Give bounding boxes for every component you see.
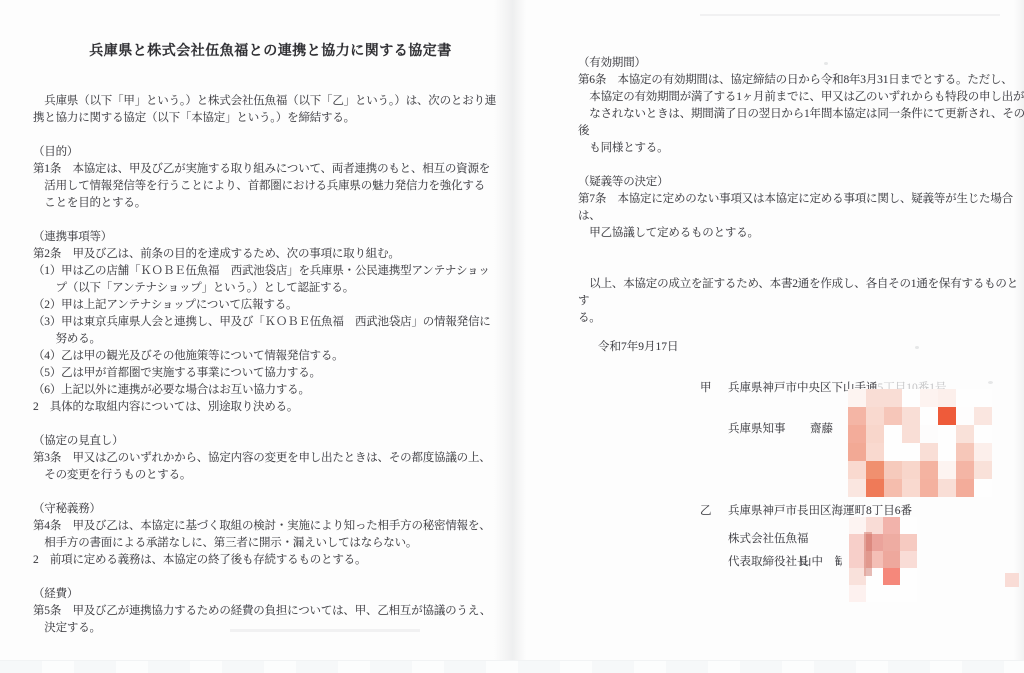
redaction-pixel	[848, 425, 866, 443]
text-line: 第2条 甲及び乙は、前条の目的を達成するため、次の事項に取り組む。	[33, 246, 511, 263]
text-line: その変更を行うものとする。	[33, 467, 511, 484]
redaction-pixel	[938, 461, 956, 479]
redaction-pixel	[848, 407, 866, 425]
text-line: （目的）	[33, 144, 511, 161]
redaction-pixel	[900, 551, 917, 568]
redaction-pixel	[902, 425, 920, 443]
text-line: 以上、本協定の成立を証するため、本書2通を作成し、各自その1通を保有するものとす	[578, 276, 1024, 310]
party-otsu-name-partial-char: 勧	[835, 553, 842, 569]
redaction-pixel	[974, 461, 992, 479]
text-line: 相手方の書面による承諾なしに、第三者に開示・漏えいしてはならない。	[33, 535, 511, 552]
party-kou-name: 齋藤	[810, 420, 833, 436]
redaction-pixel	[938, 425, 956, 443]
contract-date: 令和7年9月17日	[598, 338, 679, 354]
text-line: （守秘義務）	[33, 501, 511, 518]
redaction-pixel	[920, 389, 938, 407]
party-otsu-label: 乙	[700, 502, 712, 518]
scan-speck	[915, 346, 919, 349]
redaction-pixel	[920, 443, 938, 461]
redaction-pixel	[884, 407, 902, 425]
text-line: （協定の見直し）	[33, 433, 511, 450]
redaction-pixel	[849, 585, 866, 602]
redaction-pixel	[956, 461, 974, 479]
redaction-pixel	[848, 461, 866, 479]
redaction-pixel	[883, 585, 900, 602]
text-line: （2）甲は上記アンテナショップについて広報する。	[33, 297, 511, 314]
redaction-pixel	[902, 443, 920, 461]
party-otsu-address: 兵庫県神戸市長田区海運町8丁目6番	[728, 502, 912, 518]
text-line: 甲乙協議して定めるものとする。	[578, 225, 1024, 242]
text-line: プ（以下「アンテナショップ」という。）として認証する。	[33, 280, 511, 297]
redaction-pixel	[848, 389, 866, 407]
redaction-pixel	[900, 534, 917, 551]
redaction-pixel	[974, 443, 992, 461]
party-kou-label: 甲	[700, 379, 712, 395]
redaction-pixel	[883, 517, 900, 534]
redaction-pixel	[900, 585, 917, 602]
redaction-pixel	[974, 425, 992, 443]
redaction-pixel	[956, 389, 974, 407]
party-otsu-name: 山中 勧	[800, 553, 842, 569]
redaction-pixel	[956, 407, 974, 425]
text-line: 努める。	[33, 331, 511, 348]
pixelated-seal-otsu	[849, 517, 917, 602]
redaction-pixel	[1005, 573, 1019, 587]
text-line: （4）乙は甲の観光及びその他施策等について情報発信する。	[33, 348, 511, 365]
text-line: 第5条 甲及び乙が連携協力するための経費の負担については、甲、乙相互が協議のうえ…	[33, 603, 511, 620]
redaction-pixel	[884, 389, 902, 407]
document-title: 兵庫県と株式会社伍魚福との連携と協力に関する協定書	[33, 40, 508, 60]
scan-speck	[824, 62, 828, 65]
text-line: （5）乙は甲が首都圏で実施する事業について協力する。	[33, 365, 511, 382]
redaction-pixel	[884, 443, 902, 461]
redaction-pixel	[866, 425, 884, 443]
redaction-pixel	[866, 407, 884, 425]
text-line: （連携事項等）	[33, 229, 511, 246]
redaction-pixel	[956, 479, 974, 497]
redaction-pixel	[974, 479, 992, 497]
redaction-pixel	[974, 407, 992, 425]
redaction-pixel	[884, 461, 902, 479]
text-line: 2 具体的な取組内容については、別途取り決める。	[33, 399, 511, 416]
text-line: 第6条 本協定の有効期間は、協定締結の日から令和8年3月31日までとする。ただし…	[578, 72, 1024, 89]
redaction-pixel	[866, 443, 884, 461]
redaction-pixel	[956, 443, 974, 461]
redaction-pixel	[938, 407, 956, 425]
redaction-pixel	[884, 479, 902, 497]
party-kou-office-title: 兵庫県知事	[728, 420, 786, 436]
redaction-pixel	[883, 568, 900, 585]
redaction-pixel	[884, 425, 902, 443]
redaction-pixel	[920, 425, 938, 443]
text-line: なされないときは、期間満了日の翌日から1年間本協定は同一条件にて更新され、その後	[578, 106, 1024, 140]
redaction-pixel	[956, 425, 974, 443]
party-otsu-name-visible: 山中	[800, 556, 835, 568]
text-line: 兵庫県（以下「甲」という。）と株式会社伍魚福（以下「乙」という。）は、次のとおり…	[33, 93, 511, 110]
text-line: （6）上記以外に連携が必要な場合はお互い協力する。	[33, 382, 511, 399]
party-otsu-company: 株式会社伍魚福	[728, 530, 809, 546]
redaction-pixel	[900, 517, 917, 534]
text-line: 活用して情報発信等を行うことにより、首都圏における兵庫県の魅力発信力を強化する	[33, 178, 511, 195]
text-line: 本協定の有効期間が満了する1ヶ月前までに、甲又は乙のいずれからも特段の申し出が	[578, 89, 1024, 106]
text-line: （1）甲は乙の店舗「ＫＯＢＥ伍魚福 西武池袋店」を兵庫県・公民連携型アンテナショ…	[33, 263, 511, 280]
redaction-pixel	[974, 389, 992, 407]
text-line: 2 前項に定める義務は、本協定の終了後も存続するものとする。	[33, 552, 511, 569]
redaction-pixel	[866, 585, 883, 602]
text-line: 携と協力に関する協定（以下「本協定」という。）を締結する。	[33, 110, 511, 127]
redaction-dark-streak	[864, 532, 872, 576]
text-line: （有効期間）	[578, 55, 1024, 72]
redaction-pixel	[902, 389, 920, 407]
redaction-pixel	[920, 407, 938, 425]
scan-streak	[700, 14, 1000, 16]
redaction-pixel	[883, 534, 900, 551]
text-line: 第7条 本協定に定めのない事項又は本協定に定める事項に関し、疑義等が生じた場合は…	[578, 191, 1024, 225]
redaction-pixel	[920, 479, 938, 497]
scan-streak	[230, 629, 420, 632]
text-line: 第3条 甲又は乙のいずれかから、協定内容の変更を申し出たときは、その都度協議の上…	[33, 450, 511, 467]
pixelated-seal-kou	[848, 389, 992, 497]
redaction-pixel	[920, 461, 938, 479]
redaction-pixel	[848, 479, 866, 497]
redaction-pixel	[938, 389, 956, 407]
text-line: る。	[578, 310, 1024, 327]
text-line: （経費）	[33, 586, 511, 603]
text-line: （疑義等の決定）	[578, 174, 1024, 191]
redaction-pixel	[938, 479, 956, 497]
redaction-pixel	[866, 461, 884, 479]
contract-text-left: 兵庫県（以下「甲」という。）と株式会社伍魚福（以下「乙」という。）は、次のとおり…	[33, 93, 511, 637]
contract-text-right: （有効期間）第6条 本協定の有効期間は、協定締結の日から令和8年3月31日までと…	[578, 55, 1024, 327]
redaction-pixel	[902, 407, 920, 425]
text-line: （3）甲は東京兵庫県人会と連携し、甲及び「ＫＯＢＥ伍魚福 西武池袋店」の情報発信…	[33, 314, 511, 331]
text-line: も同様とする。	[578, 140, 1024, 157]
redaction-pixel	[938, 443, 956, 461]
redaction-pixel	[900, 568, 917, 585]
redaction-pixel	[902, 479, 920, 497]
scan-speck	[988, 381, 993, 384]
party-otsu-role: 代表取締役社長	[728, 553, 809, 569]
scan-bottom-edge	[0, 660, 1024, 673]
redaction-pixel	[866, 389, 884, 407]
redaction-pixel	[866, 479, 884, 497]
redaction-pixel	[902, 461, 920, 479]
redaction-pixel	[883, 551, 900, 568]
text-line: 第4条 甲及び乙は、本協定に基づく取組の検討・実施により知った相手方の秘密情報を…	[33, 518, 511, 535]
stray-pixel-cell	[1005, 573, 1019, 587]
text-line: 第1条 本協定は、甲及び乙が実施する取り組みについて、両者連携のもと、相互の資源…	[33, 161, 511, 178]
text-line: ことを目的とする。	[33, 195, 511, 212]
redaction-pixel	[848, 443, 866, 461]
